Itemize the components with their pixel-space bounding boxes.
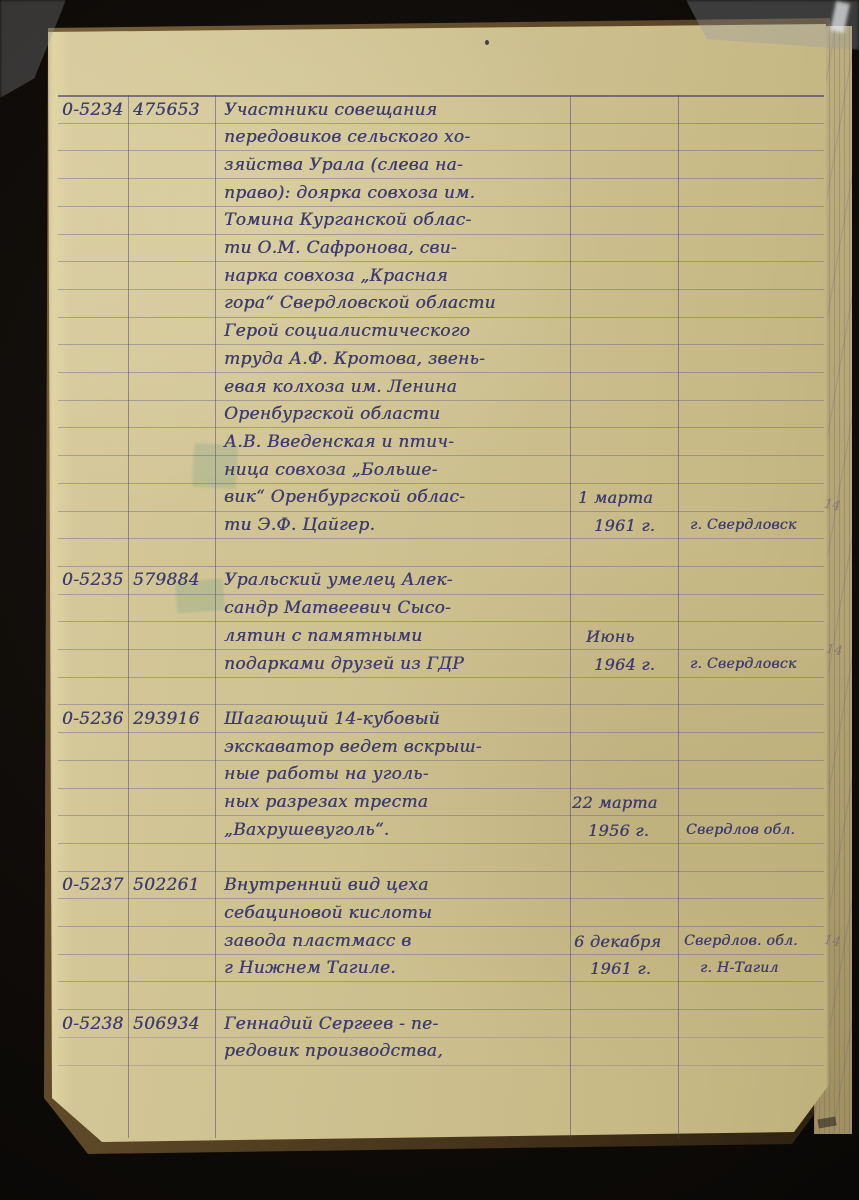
entry-description-line: право): доярка совхоза им. [224,180,570,207]
entry-description-line: ти О.М. Сафронова, сви- [224,235,570,262]
entry-description-line: ные работы на уголь- [224,761,570,788]
entry-description-line: евая колхоза им. Ленина [224,374,570,401]
entry-date-line: Июнь [586,623,686,650]
entry-description-line: Внутренний вид цеха [224,872,570,899]
entry-description-line: Уральский умелец Алек- [224,567,570,594]
entry-description-line: Томина Курганской облас- [224,207,570,234]
entry-description-line: ти Э.Ф. Цайгер. [224,512,570,539]
entry-date-line: 6 декабря [574,928,674,955]
entry-description-line: нарка совхоза „Красная [224,263,570,290]
entry-date-line: 22 марта [572,789,672,816]
entry-description-line: ница совхоза „Больше- [224,457,570,484]
entry-description-line: передовиков сельского хо- [224,124,570,151]
edge-page-number: 14 [823,497,842,514]
entry-description-line: труда А.Ф. Кротова, звень- [224,346,570,373]
entry-place-line: г. Свердловск [690,651,826,678]
entry-description-line: завода пластмасс в [224,928,570,955]
entry-photo-number: 506934 [133,1011,213,1038]
entry-place-line: Свердлов. обл. [684,928,820,955]
entry-description-line: Герой социалистического [224,318,570,345]
column-divider [215,95,216,1138]
entry-index: 0-5238 [62,1011,128,1038]
entry-description-line: экскаватор ведет вскрыш- [224,734,570,761]
entry-date-line: 1961 г. [594,512,694,539]
edge-page-number: 14 [823,933,842,950]
entry-description-line: редовик производства, [224,1038,570,1065]
entry-date-line: 1 марта [578,484,678,511]
entry-photo-number: 502261 [133,872,213,899]
edge-page-number: 14 [825,642,844,659]
entry-place-line: Свердлов обл. [686,817,822,844]
entry-description-line: лятин с памятными [224,623,570,650]
entry-place-line: г. Н-Тагил [700,955,836,982]
entry-index: 0-5234 [62,97,128,124]
archive-scan: 0-5234475653Участники совещанияпередовик… [0,0,859,1200]
entry-description-line: вик“ Оренбургской облас- [224,484,570,511]
entry-photo-number: 293916 [133,706,213,733]
entry-description-line: ных разрезах треста [224,789,570,816]
entry-description-line: Геннадий Сергеев - пе- [224,1011,570,1038]
column-divider [570,95,571,1138]
entry-description-line: А.В. Введенская и птич- [224,429,570,456]
entry-photo-number: 579884 [133,567,213,594]
entry-description-line: Участники совещания [224,97,570,124]
entry-description-line: Оренбургской области [224,401,570,428]
entry-description-line: гора“ Свердловской области [224,290,570,317]
entry-index: 0-5237 [62,872,128,899]
column-divider [128,95,129,1138]
entry-index: 0-5236 [62,706,128,733]
entry-photo-number: 475653 [133,97,213,124]
entry-description-line: подарками друзей из ГДР [224,651,570,678]
entry-description-line: Шагающий 14-кубовый [224,706,570,733]
entry-description-line: г Нижнем Тагиле. [224,955,570,982]
entry-date-line: 1956 г. [588,817,688,844]
entry-description-line: себациновой кислоты [224,900,570,927]
entry-description-line: зяйства Урала (слева на- [224,152,570,179]
entry-place-line: г. Свердловск [690,512,826,539]
entry-description-line: „Вахрушевуголь“. [224,817,570,844]
entry-description-line: сандр Матвеевич Сысо- [224,595,570,622]
ink-speck [485,40,489,45]
entry-index: 0-5235 [62,567,128,594]
entry-date-line: 1964 г. [594,651,694,678]
entry-date-line: 1961 г. [590,955,690,982]
